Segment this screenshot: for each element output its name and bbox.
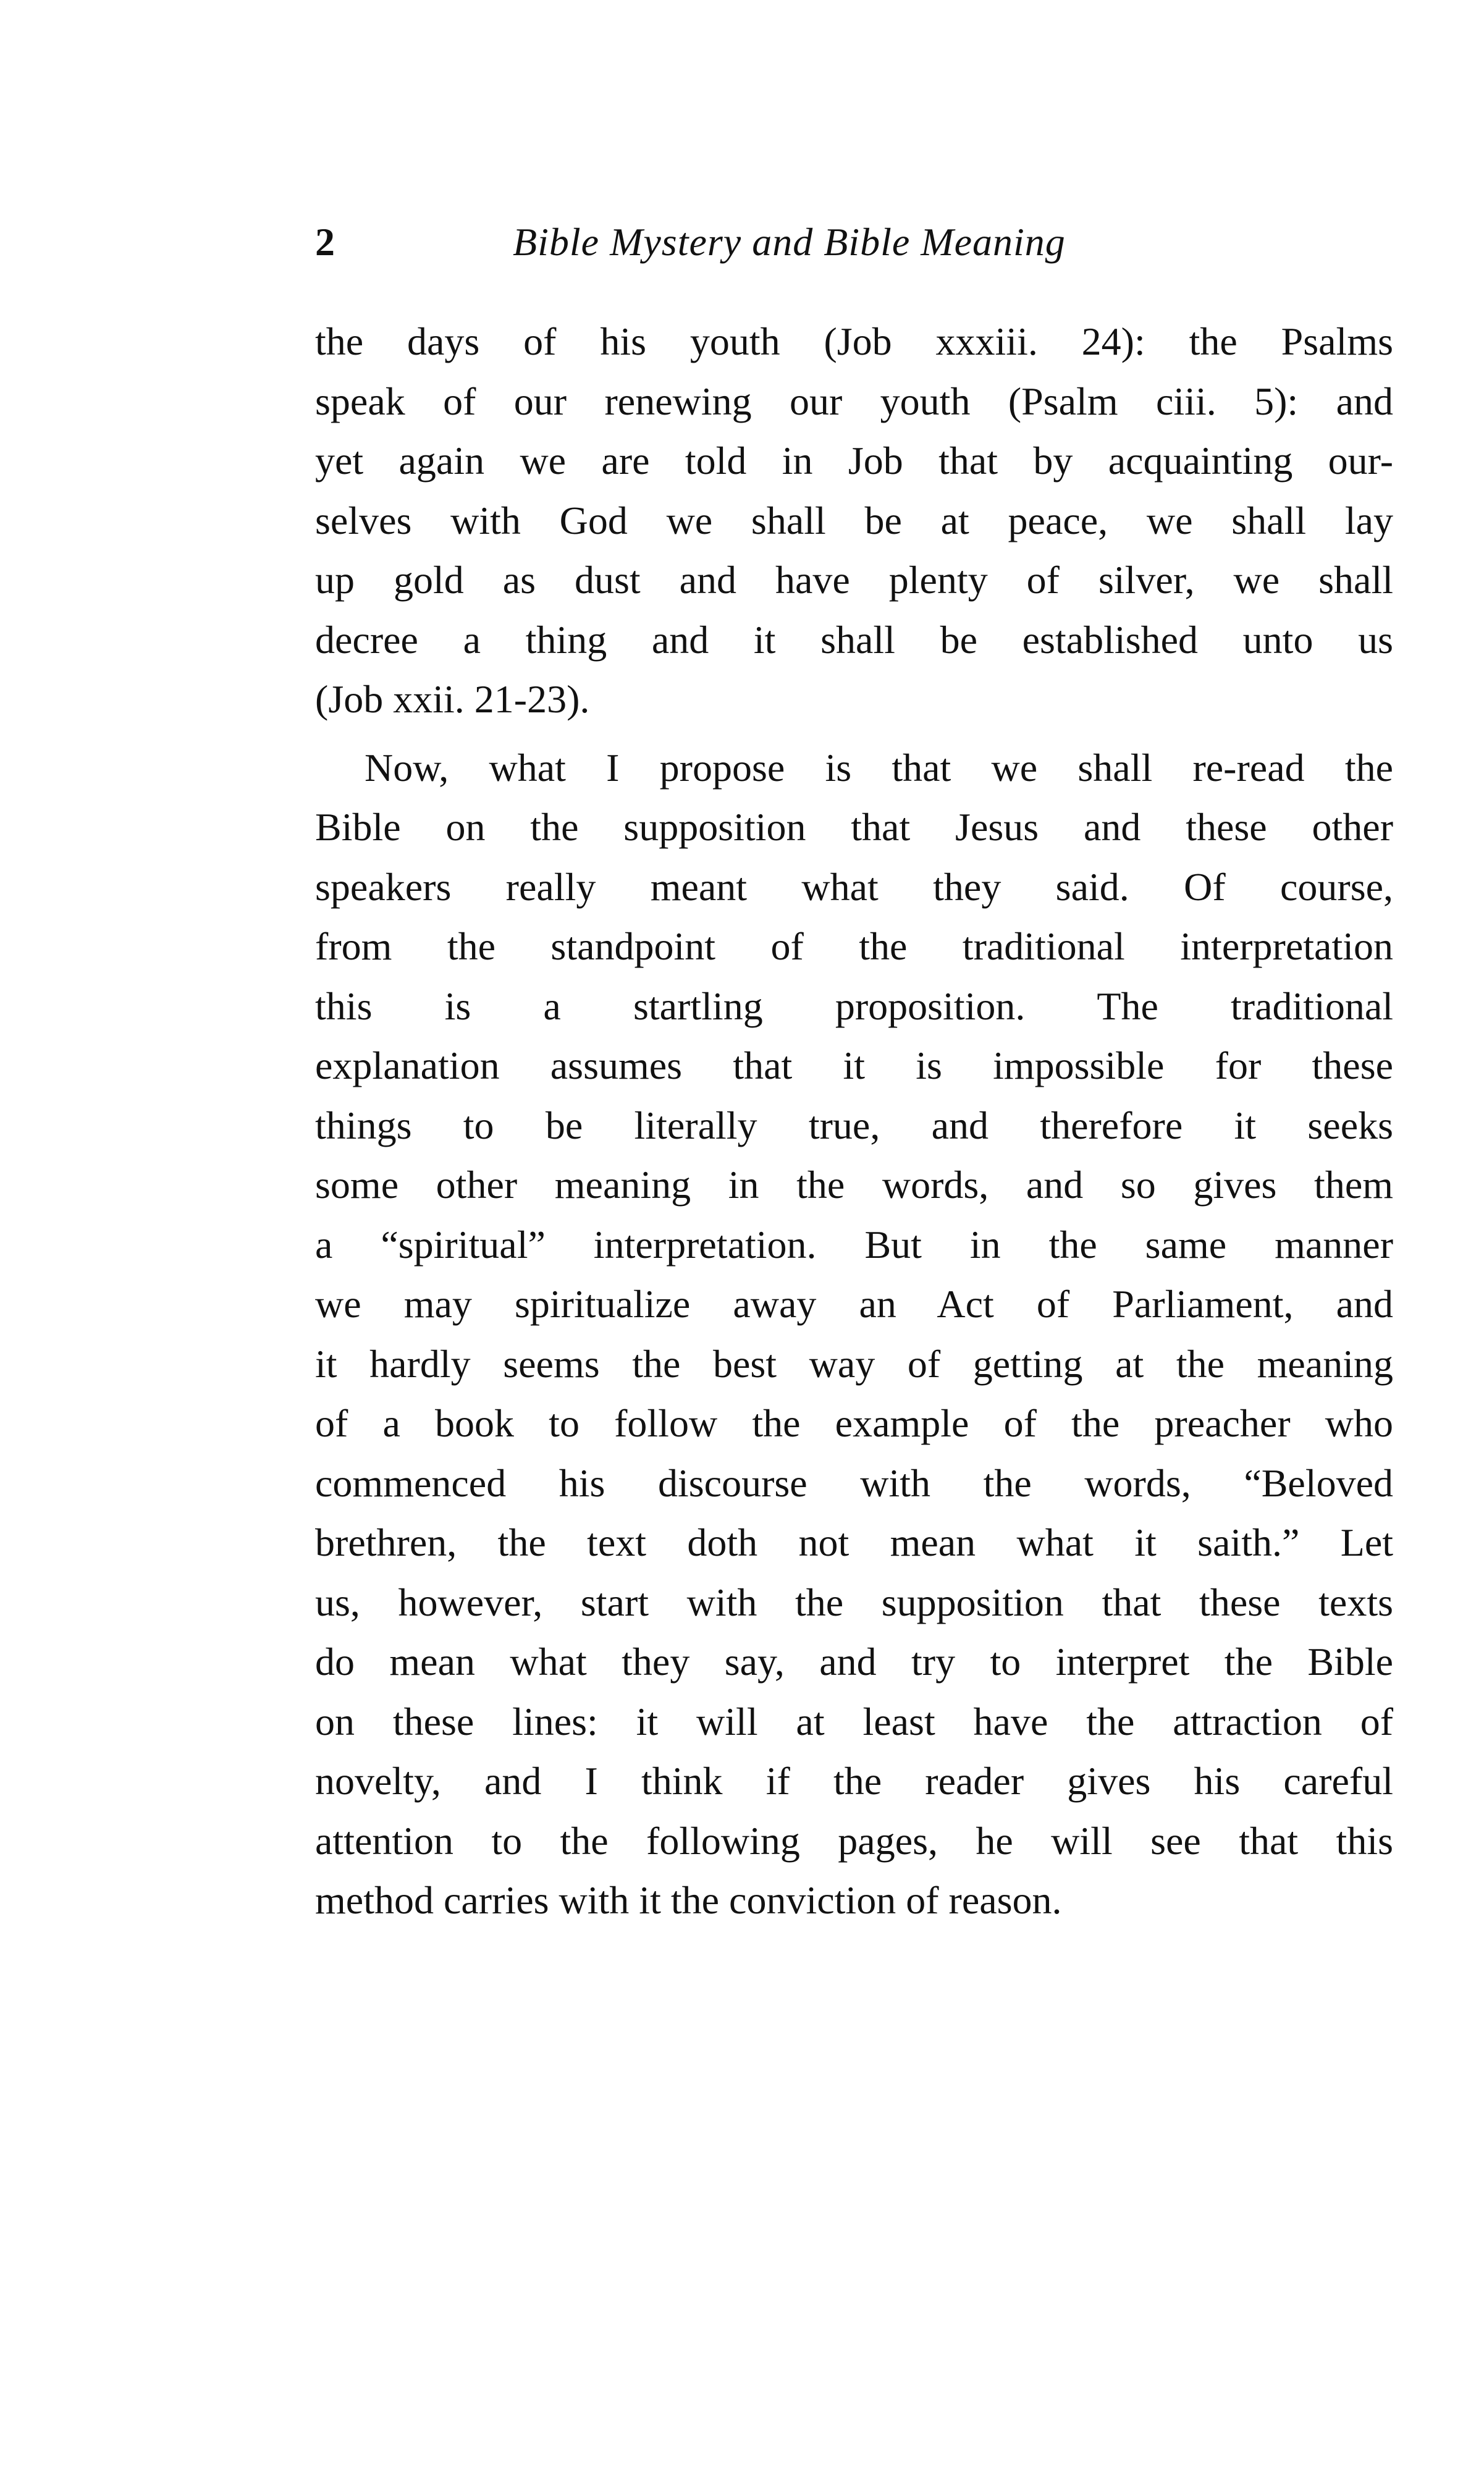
text-line: some other meaning in the words, and so … [315,1155,1393,1215]
text-line: yet again we are told in Job that by acq… [315,431,1393,491]
text-line: (Job xxii. 21-23). [315,670,1393,730]
text-line: from the standpoint of the traditional i… [315,917,1393,977]
text-line: do mean what they say, and try to interp… [315,1632,1393,1692]
running-title: Bible Mystery and Bible Meaning [513,219,1066,265]
page-header: 2 Bible Mystery and Bible Meaning [315,219,1396,275]
text-line: decree a thing and it shall be establish… [315,610,1393,670]
text-line: on these lines: it will at least have th… [315,1692,1393,1752]
page-number: 2 [315,219,335,265]
paragraph-1: the days of his youth (Job xxxiii. 24): … [315,312,1393,730]
text-line: this is a startling proposition. The tra… [315,977,1393,1037]
text-line: explanation assumes that it is impossibl… [315,1036,1393,1096]
text-line: brethren, the text doth not mean what it… [315,1513,1393,1573]
text-line: Bible on the supposition that Jesus and … [315,798,1393,858]
text-line: it hardly seems the best way of getting … [315,1334,1393,1394]
text-line: up gold as dust and have plenty of silve… [315,550,1393,610]
text-line: method carries with it the conviction of… [315,1871,1393,1931]
text-line: Now, what I propose is that we shall re-… [315,738,1393,798]
text-line: us, however, start with the supposition … [315,1573,1393,1633]
text-line: of a book to follow the example of the p… [315,1394,1393,1454]
text-line: speak of our renewing our youth (Psalm c… [315,372,1393,432]
text-line: speakers really meant what they said. Of… [315,858,1393,917]
text-line: we may spiritualize away an Act of Parli… [315,1275,1393,1334]
body-text: the days of his youth (Job xxxiii. 24): … [315,312,1393,1931]
text-line: the days of his youth (Job xxxiii. 24): … [315,312,1393,372]
text-line: selves with God we shall be at peace, we… [315,491,1393,551]
text-line: a “spiritual” interpretation. But in the… [315,1215,1393,1275]
paragraph-2: Now, what I propose is that we shall re-… [315,738,1393,1931]
text-line: things to be literally true, and therefo… [315,1096,1393,1156]
text-line: attention to the following pages, he wil… [315,1811,1393,1871]
text-line: novelty, and I think if the reader gives… [315,1752,1393,1811]
text-line: commenced his discourse with the words, … [315,1454,1393,1514]
